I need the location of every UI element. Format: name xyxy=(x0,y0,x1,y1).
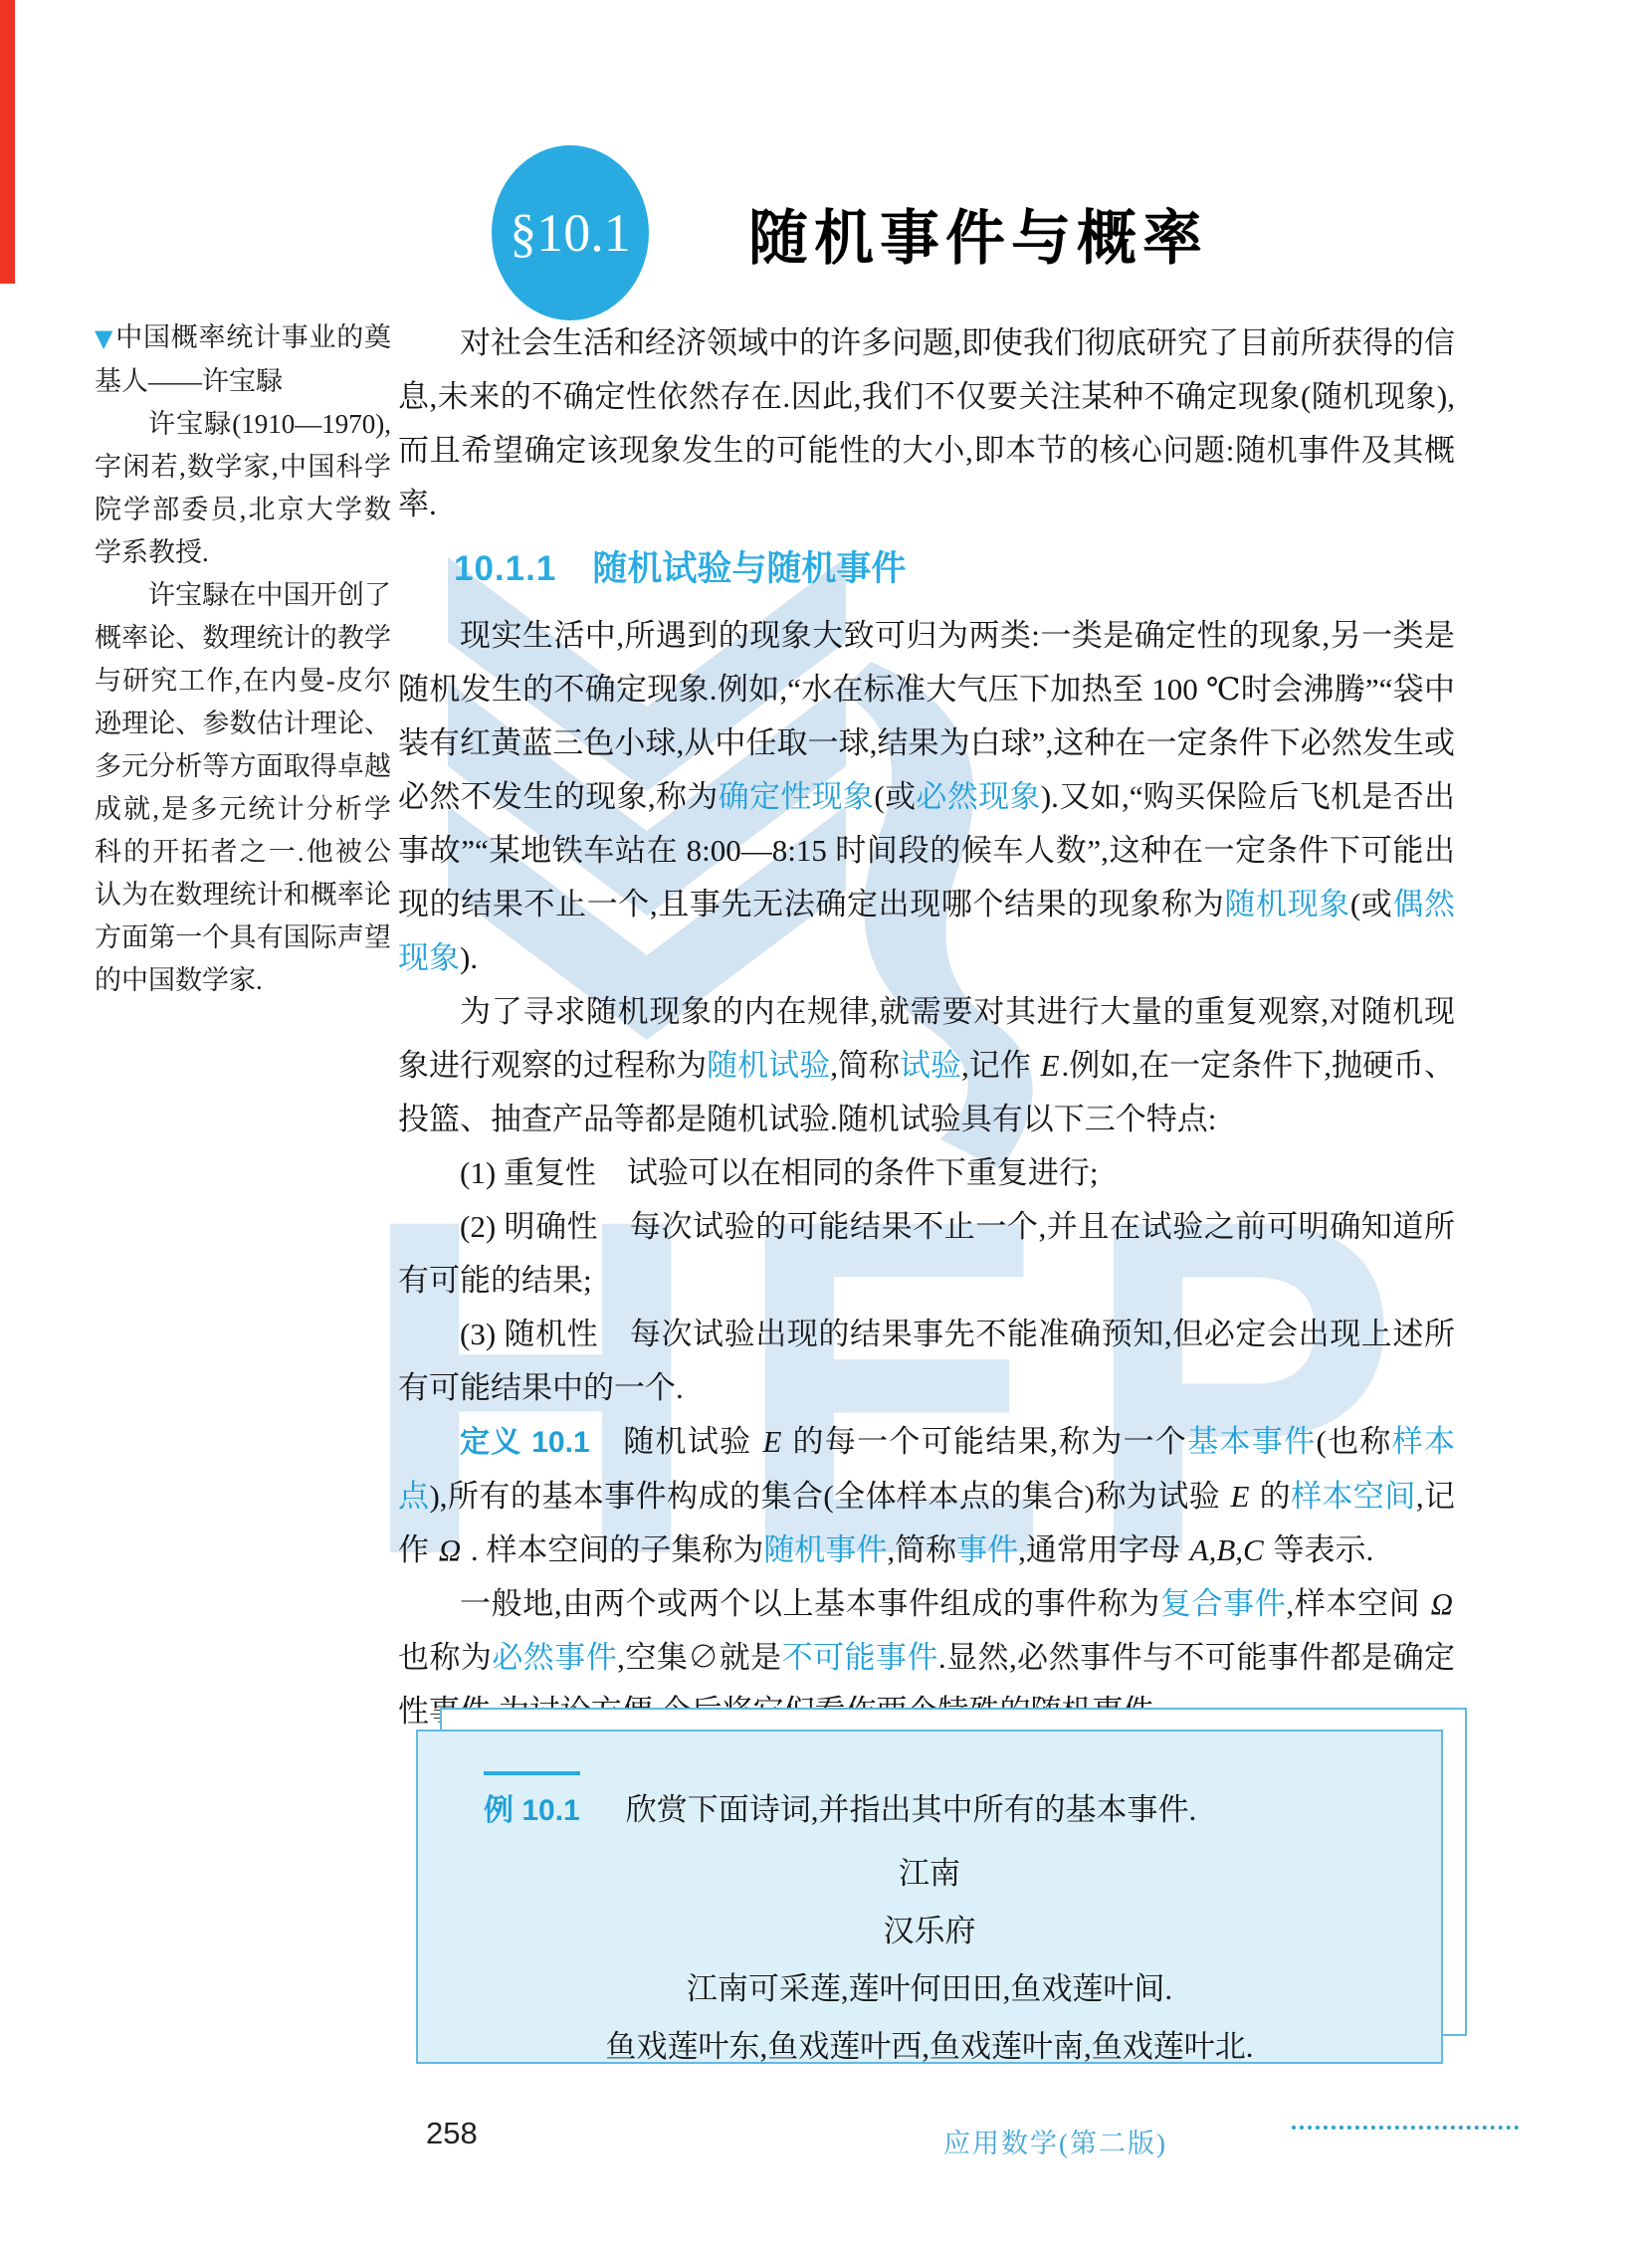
chapter-title: 随机事件与概率 xyxy=(748,191,1208,277)
chapter-edge-marker xyxy=(0,0,15,284)
poem-line: 鱼戏莲叶东,鱼戏莲叶西,鱼戏莲叶南,鱼戏莲叶北. xyxy=(418,2018,1441,2076)
key-term: 随机试验 xyxy=(707,1048,830,1083)
example-box: 例 10.1欣赏下面诗词,并指出其中所有的基本事件. 江南 汉乐府 江南可采莲,… xyxy=(416,1730,1443,2064)
example-intro: 欣赏下面诗词,并指出其中所有的基本事件. xyxy=(626,1792,1197,1827)
feature-item-clarity: (2) 明确性 每次试验的可能结果不止一个,并且在试验之前可明确知道所有可能的结… xyxy=(398,1200,1455,1308)
text-segment: ,简称 xyxy=(830,1048,900,1083)
footer-dotted-line xyxy=(1292,2126,1519,2130)
key-term: 随机事件 xyxy=(763,1532,887,1567)
text-segment: ,空集∅就是 xyxy=(617,1640,781,1675)
poem-line: 江南可采莲,莲叶何田田,鱼戏莲叶间. xyxy=(418,1960,1441,2018)
body-paragraph-phenomena: 现实生活中,所遇到的现象大致可归为两类:一类是确定性的现象,另一类是随机发生的不… xyxy=(398,609,1455,985)
text-segment: A,B,C xyxy=(1188,1532,1266,1567)
sidebar-paragraph: 许宝騄(1910—1970),字闲若,数学家,中国科学院学部委员,北京大学数学系… xyxy=(95,403,391,574)
body-paragraph-experiment: 为了寻求随机现象的内在规律,就需要对其进行大量的重复观察,对随机现象进行观察的过… xyxy=(398,985,1455,1146)
key-term: 必然现象 xyxy=(916,779,1040,814)
text-segment: 随机试验 xyxy=(590,1424,761,1459)
text-segment: ,记作 xyxy=(961,1048,1039,1083)
key-term: 必然事件 xyxy=(492,1640,617,1675)
sidebar-caption: ▼中国概率统计事业的奠基人——许宝騄 xyxy=(95,316,391,403)
text-segment: ),所有的基本事件构成的集合(全体样本点的集合)称为试验 xyxy=(429,1479,1228,1514)
sidebar-paragraph: 许宝騄在中国开创了概率论、数理统计的教学与研究工作,在内曼-皮尔逊理论、参数估计… xyxy=(95,574,391,1002)
key-term: 基本事件 xyxy=(1187,1424,1316,1459)
definition-label: 定义 10.1 xyxy=(460,1426,590,1459)
key-term: 复合事件 xyxy=(1160,1586,1286,1621)
text-segment: 的每一个可能结果,称为一个 xyxy=(783,1424,1187,1459)
section-number-badge: §10.1 xyxy=(492,145,649,320)
main-text-column: 对社会生活和经济领域中的许多问题,即使我们彻底研究了目前所获得的信息,未来的不确… xyxy=(398,316,1455,1738)
text-segment: Ω xyxy=(1429,1586,1455,1621)
text-segment: (或 xyxy=(1350,887,1393,921)
text-segment: 的 xyxy=(1251,1479,1291,1514)
text-segment: E xyxy=(761,1424,784,1459)
feature-item-randomness: (3) 随机性 每次试验出现的结果事先不能准确预知,但必定会出现上述所有可能结果… xyxy=(398,1308,1455,1415)
text-segment: (也称 xyxy=(1316,1424,1391,1459)
textbook-page: HEP §10.1 随机事件与概率 ▼中国概率统计事业的奠基人——许宝騄 许宝騄… xyxy=(0,0,1652,2241)
sidebar-biography: ▼中国概率统计事业的奠基人——许宝騄 许宝騄(1910—1970),字闲若,数学… xyxy=(95,316,391,1002)
example-label: 例 10.1 xyxy=(484,1771,580,1829)
key-term: 确定性现象 xyxy=(719,779,875,814)
text-segment: Ω xyxy=(437,1532,463,1567)
feature-item-repeatability: (1) 重复性 试验可以在相同的条件下重复进行; xyxy=(398,1146,1455,1200)
page-number: 258 xyxy=(426,2116,478,2151)
text-segment: 也称为 xyxy=(398,1640,492,1675)
text-segment: ,简称 xyxy=(887,1532,956,1567)
definition-paragraph: 定义 10.1 随机试验 E 的每一个可能结果,称为一个基本事件(也称样本点),… xyxy=(398,1415,1455,1577)
key-term: 不可能事件 xyxy=(782,1640,938,1675)
text-segment: (或 xyxy=(874,779,916,814)
footer-book-title: 应用数学(第二版) xyxy=(943,2122,1167,2160)
key-term: 试验 xyxy=(900,1048,961,1083)
text-segment: 等表示. xyxy=(1266,1532,1374,1567)
key-term: 样本空间 xyxy=(1291,1479,1416,1514)
key-term: 事件 xyxy=(956,1532,1018,1567)
poem-title: 江南 xyxy=(418,1845,1441,1903)
text-segment: ). xyxy=(460,940,478,975)
text-segment: . 样本空间的子集称为 xyxy=(463,1532,763,1567)
down-triangle-icon: ▼ xyxy=(95,324,115,352)
section-heading-number: 10.1.1 xyxy=(454,549,556,588)
body-paragraph-intro: 对社会生活和经济领域中的许多问题,即使我们彻底研究了目前所获得的信息,未来的不确… xyxy=(398,316,1455,531)
section-heading: 10.1.1随机试验与随机事件 xyxy=(454,539,1455,599)
text-segment: ,通常用字母 xyxy=(1018,1532,1188,1567)
text-segment: E xyxy=(1228,1479,1251,1514)
text-segment: E xyxy=(1039,1048,1062,1083)
poem-source: 汉乐府 xyxy=(418,1903,1441,1960)
poem: 江南 汉乐府 江南可采莲,莲叶何田田,鱼戏莲叶间. 鱼戏莲叶东,鱼戏莲叶西,鱼戏… xyxy=(418,1845,1441,2076)
text-segment: ,样本空间 xyxy=(1286,1586,1428,1621)
example-header-row: 例 10.1欣赏下面诗词,并指出其中所有的基本事件. xyxy=(484,1771,1441,1829)
key-term: 随机现象 xyxy=(1224,887,1349,921)
text-segment: 一般地,由两个或两个以上基本事件组成的事件称为 xyxy=(460,1586,1160,1621)
sidebar-caption-text: 中国概率统计事业的奠基人——许宝騄 xyxy=(95,322,391,396)
section-heading-title: 随机试验与随机事件 xyxy=(592,549,906,588)
